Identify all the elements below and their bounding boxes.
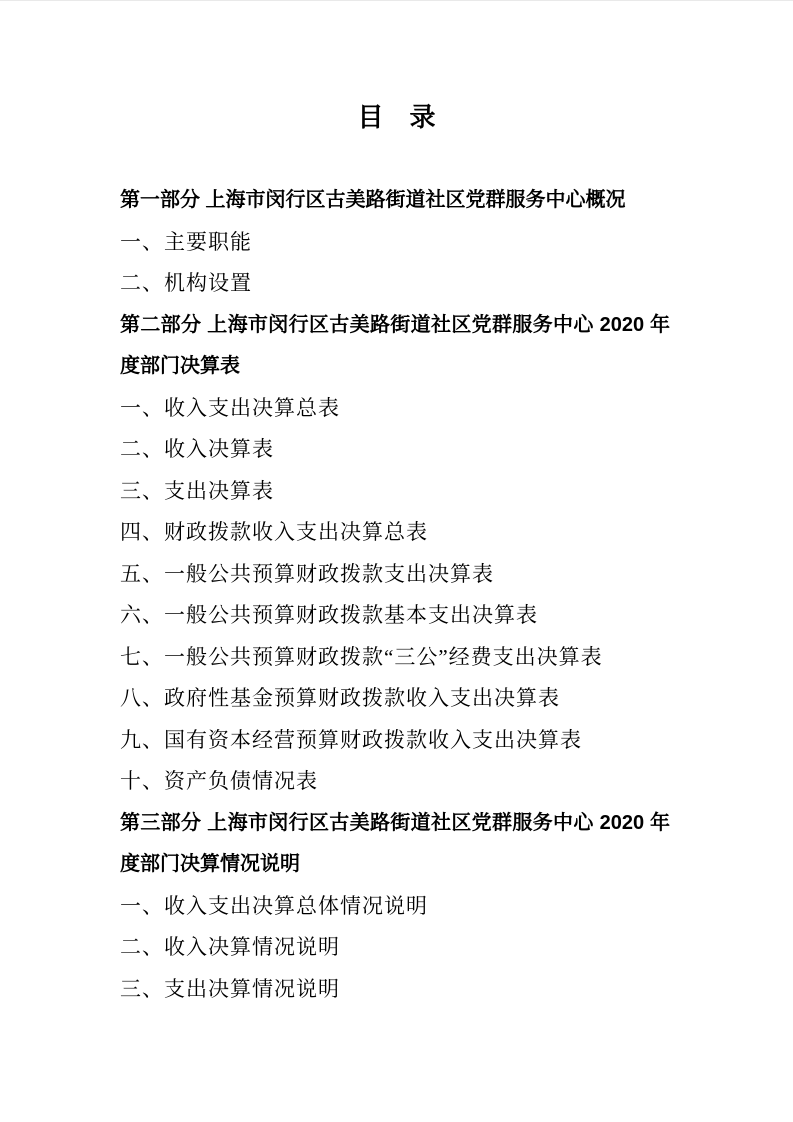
toc-entry-part2-10: 十、资产负债情况表 xyxy=(120,761,670,803)
toc-entry-part3-3: 三、支出决算情况说明 xyxy=(120,969,670,1011)
part3-heading-line2: 度部门决算情况说明 xyxy=(120,844,670,886)
toc-entry-part2-3: 三、支出决算表 xyxy=(120,471,670,513)
part1-heading: 第一部分 上海市闵行区古美路街道社区党群服务中心概况 xyxy=(120,180,670,222)
part2-heading-line2: 度部门决算表 xyxy=(120,346,670,388)
table-of-contents: 第一部分 上海市闵行区古美路街道社区党群服务中心概况 一、主要职能 二、机构设置… xyxy=(120,180,670,1010)
document-page: 目 录 第一部分 上海市闵行区古美路街道社区党群服务中心概况 一、主要职能 二、… xyxy=(0,0,793,1122)
toc-entry-part2-1: 一、收入支出决算总表 xyxy=(120,388,670,430)
toc-entry-part2-7: 七、一般公共预算财政拨款“三公”经费支出决算表 xyxy=(120,637,670,679)
toc-entry-part3-1: 一、收入支出决算总体情况说明 xyxy=(120,886,670,928)
toc-entry-part2-2: 二、收入决算表 xyxy=(120,429,670,471)
toc-entry-part2-9: 九、国有资本经营预算财政拨款收入支出决算表 xyxy=(120,720,670,762)
toc-entry-part2-5: 五、一般公共预算财政拨款支出决算表 xyxy=(120,554,670,596)
toc-entry-part2-4: 四、财政拨款收入支出决算总表 xyxy=(120,512,670,554)
part2-heading-line1: 第二部分 上海市闵行区古美路街道社区党群服务中心 2020 年 xyxy=(120,305,670,347)
toc-entry-part2-8: 八、政府性基金预算财政拨款收入支出决算表 xyxy=(120,678,670,720)
part3-heading-line1: 第三部分 上海市闵行区古美路街道社区党群服务中心 2020 年 xyxy=(120,803,670,845)
toc-entry-part1-2: 二、机构设置 xyxy=(120,263,670,305)
toc-entry-part1-1: 一、主要职能 xyxy=(120,222,670,264)
page-title: 目 录 xyxy=(0,1,793,131)
toc-entry-part3-2: 二、收入决算情况说明 xyxy=(120,927,670,969)
toc-entry-part2-6: 六、一般公共预算财政拨款基本支出决算表 xyxy=(120,595,670,637)
